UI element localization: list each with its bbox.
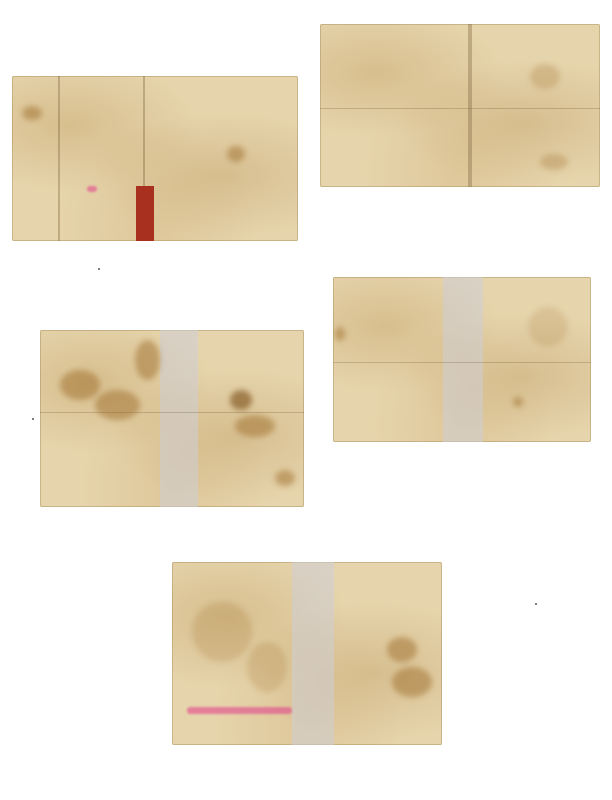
stain <box>387 637 417 662</box>
fold-line <box>320 108 600 109</box>
scan-speck <box>98 268 100 270</box>
paper-note-4 <box>333 277 591 442</box>
stain <box>392 667 432 697</box>
stain <box>227 146 245 162</box>
stain <box>230 390 252 410</box>
stain <box>528 307 568 347</box>
paper-note-2 <box>320 24 600 187</box>
stain <box>235 415 275 437</box>
stain <box>275 470 295 486</box>
stain <box>60 370 100 400</box>
paper-note-3 <box>40 330 304 507</box>
paper-note-5 <box>172 562 442 745</box>
scan-speck <box>535 603 537 605</box>
stain <box>95 390 140 420</box>
tape-strip <box>443 277 483 442</box>
fold-line <box>40 412 304 413</box>
fold-line <box>333 362 591 363</box>
red-stamp-mark <box>136 186 154 241</box>
scan-speck <box>32 418 34 420</box>
stain <box>247 642 287 692</box>
fold-line <box>58 76 60 241</box>
tape-strip <box>160 330 198 507</box>
tape-strip <box>292 562 334 745</box>
fold-line <box>468 24 472 187</box>
pink-ink-mark <box>87 186 97 192</box>
stain <box>530 64 560 89</box>
stain <box>135 340 160 380</box>
stain <box>513 397 523 407</box>
stain <box>335 327 345 341</box>
paper-note-1 <box>12 76 298 241</box>
stain <box>22 106 42 120</box>
stain <box>192 602 252 662</box>
pink-ink-mark <box>187 707 292 714</box>
stain <box>540 154 568 170</box>
